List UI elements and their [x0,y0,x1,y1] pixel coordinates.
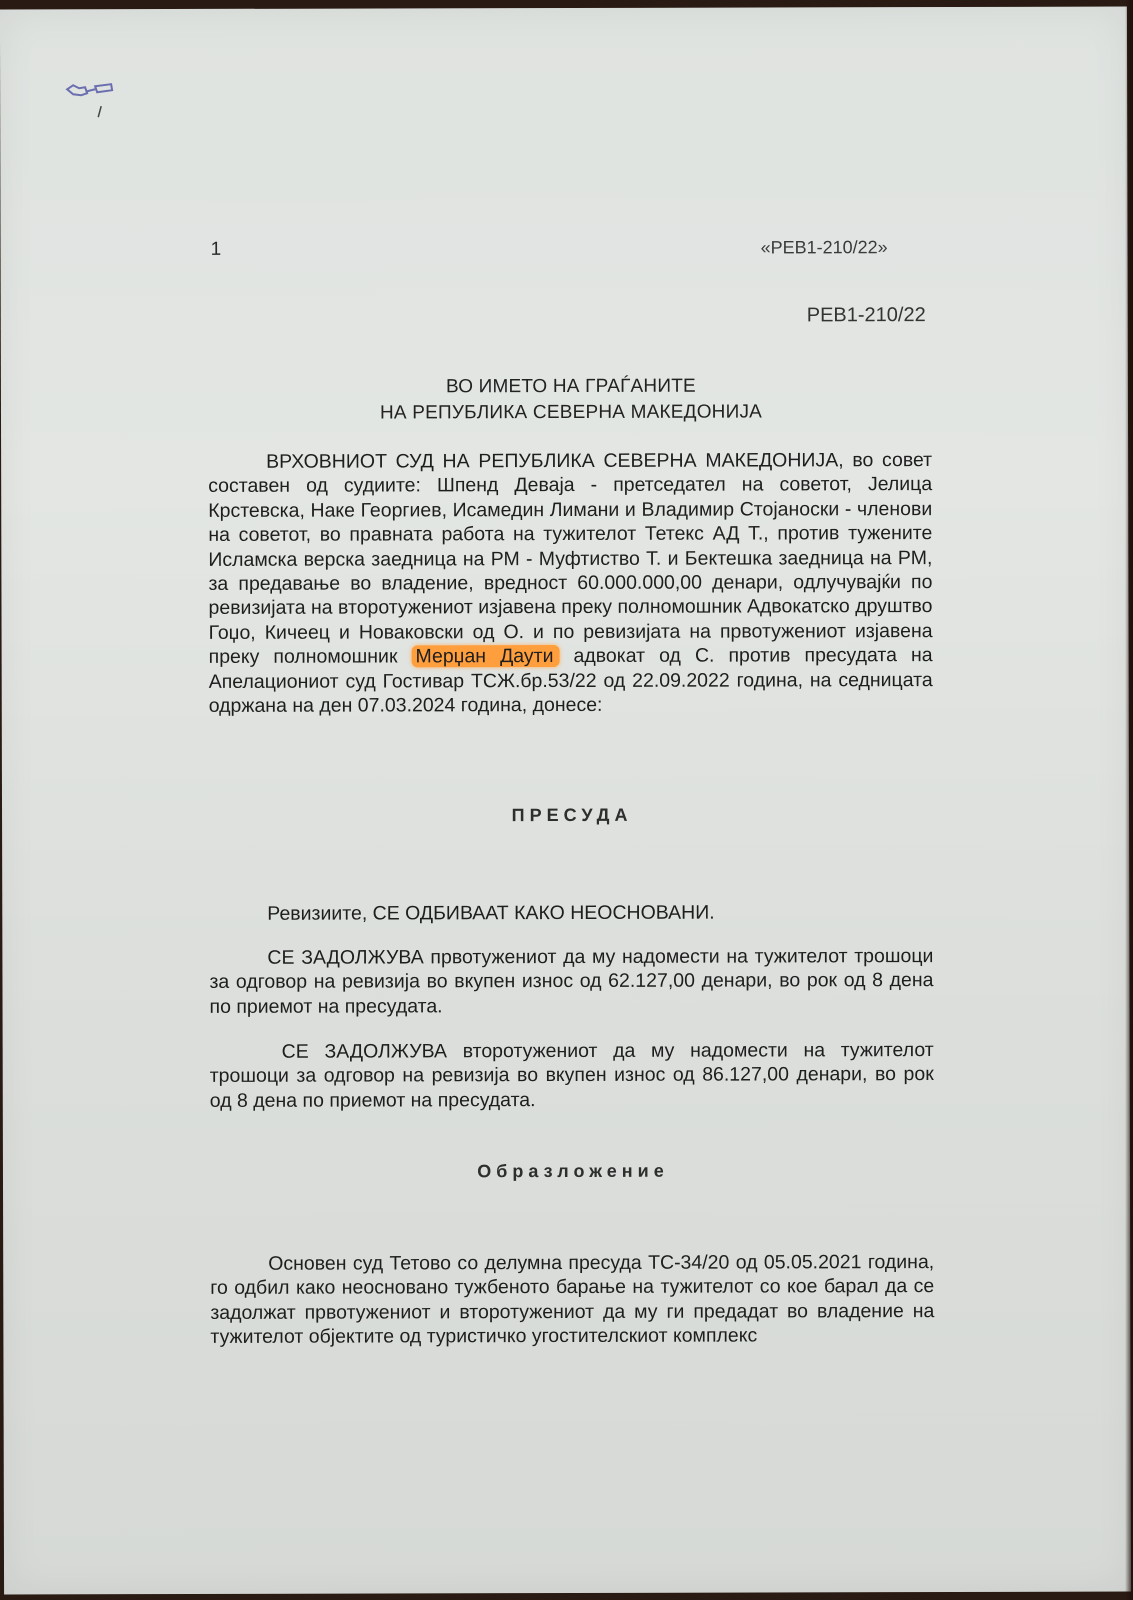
verdict-paragraph: Ревизиите, СЕ ОДБИВААТ КАКО НЕОСНОВАНИ. [209,900,933,926]
page-edge-shadow [1125,0,1133,1600]
bleed-through-text [380,168,700,229]
verdict-paragraph: СЕ ЗАДОЛЖУВА второтужениот да му надомес… [210,1038,934,1113]
paper-page: 1 «РЕВ1-210/22» РЕВ1-210/22 ВО ИМЕТО НА … [0,7,1131,1595]
case-reference-header: «РЕВ1-210/22» [761,237,888,258]
intro-text-start: ВРХОВНИОТ СУД НА РЕПУБЛИКА СЕВЕРНА МАКЕД… [208,449,932,668]
verdict-paragraph: СЕ ЗАДОЛЖУВА првотужениот да му надомест… [209,944,933,1019]
highlighted-attorney-name: Мерџан Даути [411,645,559,667]
heading-line-1: ВО ИМЕТО НА ГРАЃАНИТЕ [201,375,941,399]
case-reference: РЕВ1-210/22 [807,304,926,327]
heading-line-2: НА РЕПУБЛИКА СЕВЕРНА МАКЕДОНИЈА [201,401,941,425]
document-photo: 1 «РЕВ1-210/22» РЕВ1-210/22 ВО ИМЕТО НА … [0,0,1133,1600]
page-number: 1 [211,239,222,261]
intro-paragraph: ВРХОВНИОТ СУД НА РЕПУБЛИКА СЕВЕРНА МАКЕД… [208,448,933,718]
reasoning-paragraph: Основен суд Тетово со делумна пресуда ТС… [210,1250,934,1350]
verdict-title: ПРЕСУДА [202,804,942,827]
reasoning-title: Образложение [203,1160,943,1183]
handwritten-mark-icon [65,79,137,101]
